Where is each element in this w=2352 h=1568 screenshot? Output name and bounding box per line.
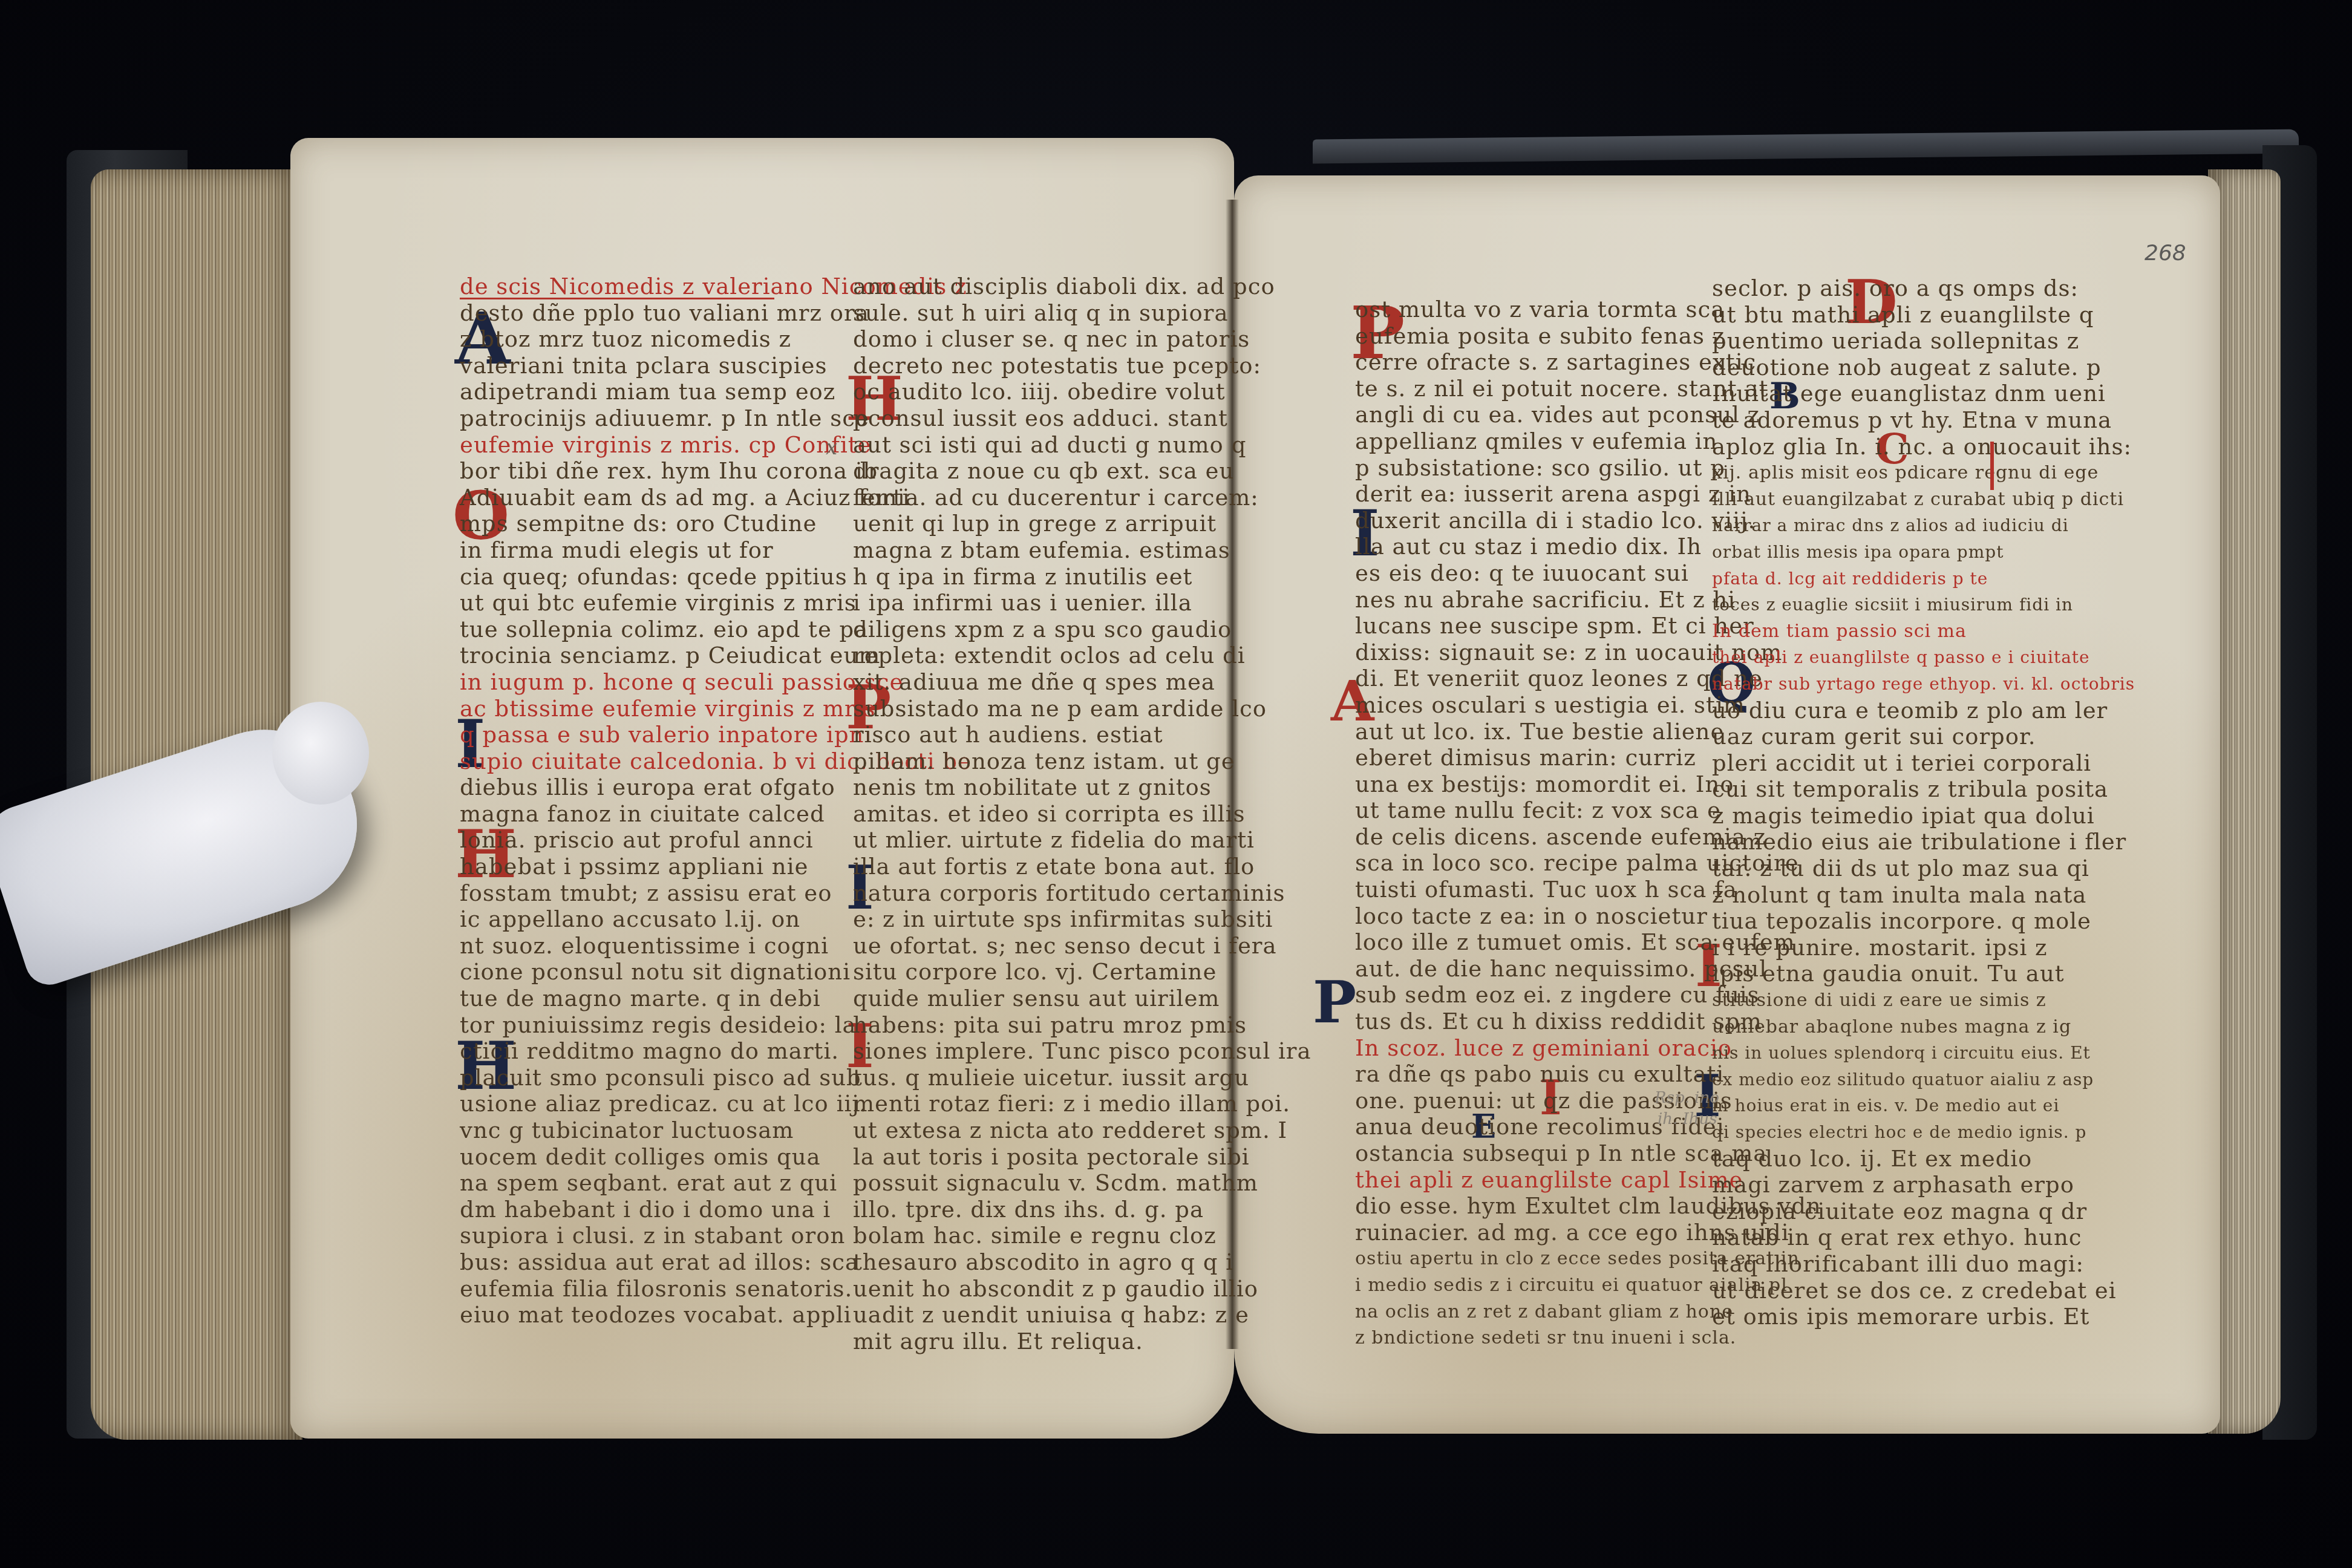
glove-fingertip (272, 702, 369, 805)
text-line: de scis Nicomedis z valeriano Nicomedis … (460, 273, 799, 300)
text-line: ut tame nullu fecit: z vox sca e (1355, 797, 1694, 824)
text-line: sub sedm eoz ei. z ingdere cu fuis (1355, 982, 1694, 1008)
text-line: stitusione di uidi z eare ue simis z (1712, 987, 2051, 1014)
text-line: i i re punire. mostarit. ipsi z (1712, 935, 2051, 961)
text-line: lonia. priscio aut proful annci (460, 827, 799, 854)
text-line: la aut toris i posita pectorale sibi (853, 1144, 1192, 1171)
text-line: dixiss: signauit se: z in uocauit nom (1355, 639, 1694, 666)
text-line: eufemie virginis z mris. cp Confite (460, 432, 799, 459)
text-line: derit ea: iusserit arena aspgi z in (1355, 481, 1694, 508)
text-line: thesauro abscodito in agro q q i (853, 1249, 1192, 1276)
text-line: patrocinijs adiuuemr. p In ntle sce (460, 405, 799, 432)
text-line: tiua tepozalis incorpore. q mole (1712, 908, 2051, 935)
text-line: eberet dimisus marin: curriz (1355, 745, 1694, 771)
text-line: siones implere. Tunc pisco pconsul ira (853, 1038, 1192, 1065)
text-line: menti rotaz fieri: z i medio illam poi. (853, 1091, 1192, 1117)
text-line: natab in q erat rex ethyo. hunc (1712, 1224, 2051, 1251)
text-line: loco ille z tumuet omis. Et sca eufem (1355, 929, 1694, 956)
text-line: desto dñe pplo tuo valiani mrz ora (460, 300, 799, 327)
text-line: aploz glia In. i. nc. a onuocauit ihs: (1712, 434, 2051, 460)
text-line: valeriani tnita pclara suscipies (460, 353, 799, 379)
text-line: pfata d. lcg ait reddideris p te (1712, 566, 2051, 592)
text-line: Inuitat ege euanglistaz dnm ueni (1712, 381, 2051, 407)
text-line: cione pconsul notu sit dignationi (460, 959, 799, 985)
text-line: na oclis an z ret z dabant gliam z hone (1355, 1299, 1694, 1325)
text-line: diebus illis i europa erat ofgato (460, 774, 799, 801)
text-line: ut diceret se dos ce. z credebat ei (1712, 1278, 2051, 1304)
text-line: In scoz. luce z geminiani oracio (1355, 1035, 1694, 1062)
text-column-2: ano aut disciplis diaboli dix. ad pco su… (853, 273, 1192, 1354)
text-line: uo diu cura e teomib z plo am ler (1712, 697, 2051, 724)
text-line: adipetrandi miam tua semp eoz (460, 379, 799, 405)
text-line: ruinacier. ad mg. a cce ego ihns uidi (1355, 1220, 1694, 1246)
text-line: supiora i clusi. z in stabant oron (460, 1223, 799, 1249)
text-line: cerre ofracte s. z sartagines extic (1355, 349, 1694, 376)
text-line: h q ipa in firma z inutilis eet (853, 564, 1192, 590)
text-line: bus: assidua aut erat ad illos: sca (460, 1249, 799, 1276)
text-line: ano aut disciplis diaboli dix. ad pco (853, 273, 1192, 300)
text-line: namedio eius aie tribulatione i fler (1712, 829, 2051, 855)
text-line: deuotione nob augeat z salute. p (1712, 354, 2051, 381)
text-line: eziopia ciuitate eoz magna q dr (1712, 1198, 2051, 1225)
text-line: i medio sedis z i circuitu ei quatuor ai… (1355, 1272, 1694, 1299)
text-line: seclor. p ais. oro a qs omps ds: (1712, 275, 2051, 302)
margin-note: ih. Ihus (1658, 1110, 1717, 1128)
rubric-underline (460, 298, 774, 299)
text-line: i ipa infirmi uas i uenier. illa (853, 590, 1192, 616)
text-line: tor puniuissimz regis desideio: la (460, 1012, 799, 1039)
text-line: lla aut cu staz i medio dix. Ih (1355, 534, 1694, 560)
text-column-1: de scis Nicomedis z valeriano Nicomedis … (460, 273, 799, 1328)
text-line: te adoremus p vt hy. Etna v muna (1712, 407, 2051, 434)
text-line: Adiuuabit eam ds ad mg. a Aciuz forti (460, 485, 799, 511)
text-line: habebat i pssimz appliani nie (460, 854, 799, 880)
text-line: supio ciuitate calcedonia. b vi dic. boc… (460, 748, 799, 775)
margin-note: Rsp. ino (1655, 1089, 1719, 1107)
text-line: narrar a mirac dns z alios ad iudiciu di (1712, 512, 2051, 539)
text-line: ic appellano accusato l.ij. on (460, 906, 799, 933)
text-line: uenit qi lup in grege z arripuit (853, 511, 1192, 537)
text-line: mps sempitne ds: oro Ctudine (460, 511, 799, 537)
text-line: pleri accidit ut i teriei corporali (1712, 750, 2051, 777)
text-line: thei apli z euanglilste capl Isime (1355, 1167, 1694, 1194)
text-line: tuisti ofumasti. Tuc uox h sca fa (1355, 877, 1694, 903)
text-line: in firma mudi elegis ut for (460, 537, 799, 564)
text-line: toces z euaglie sicsiit i miusirum fidi … (1712, 592, 2051, 618)
text-line: in iugum p. hcone q seculi passio sce (460, 669, 799, 696)
text-line: ut mlier. uirtute z fidelia do marti (853, 827, 1192, 854)
text-line: angli di cu ea. vides aut pconsul z (1355, 402, 1694, 428)
text-line: usione aliaz predicaz. cu at lco iij. (460, 1091, 799, 1117)
text-line: sule. sut h uiri aliq q in supiora (853, 300, 1192, 327)
text-line: ut extesa z nicta ato redderet spm. I (853, 1117, 1192, 1144)
text-line: eufemia filia filosronis senatoris. (460, 1276, 799, 1302)
text-line: possuit signaculu v. Scdm. mathm (853, 1170, 1192, 1197)
text-line: ac btissime eufemie virginis z mris (460, 696, 799, 722)
text-line: natabr sub yrtago rege ethyop. vi. kl. o… (1712, 671, 2051, 697)
text-line: uocem dedit colliges omis qua (460, 1144, 799, 1171)
text-line: xij. aplis misit eos pdicare regnu di eg… (1712, 460, 2051, 486)
text-line: nes nu abrahe sacrificiu. Et z hi (1355, 587, 1694, 613)
text-line: domo i cluser se. q nec in patoris (853, 326, 1192, 353)
text-line: nis in uolues splendorq i circuitu eius.… (1712, 1040, 2051, 1067)
text-line: z nolunt q tam inulta mala nata (1712, 882, 2051, 909)
text-line: decreto nec potestatis tue pcepto: (853, 353, 1192, 379)
text-line: puentimo ueriada sollepnitas z (1712, 328, 2051, 354)
text-line: aut. de die hanc nequissimo. pcsul (1355, 956, 1694, 982)
text-line: cui sit temporalis z tribula posita (1712, 776, 2051, 803)
folio-number: 268 (2145, 241, 2186, 266)
text-line: q passa e sub valerio inpatore ipni (460, 722, 799, 748)
text-line: trocinia senciamz. p Ceiudicat eum (460, 642, 799, 669)
text-line: illa aut fortis z etate bona aut. flo (853, 854, 1192, 880)
text-line: nt suoz. eloquentissime i cogni (460, 933, 799, 959)
text-line: aut ut lco. ix. Tue bestie aliene (1355, 719, 1694, 745)
text-line: dragita z noue cu qb ext. sca eu (853, 458, 1192, 485)
text-line: ostiu apertu in clo z ecce sedes posita … (1355, 1246, 1694, 1272)
text-line: mit agru illu. Et reliqua. (853, 1328, 1192, 1355)
text-line: appellianz qmiles v eufemia in (1355, 428, 1694, 455)
text-column-3: ost multa vo z varia tormta sca eufemia … (1355, 296, 1694, 1351)
text-line: tue de magno marte. q in debi (460, 985, 799, 1012)
text-line: vnc g tubicinator luctuosam (460, 1117, 799, 1144)
text-line: es eis deo: q te iuuocant sui (1355, 560, 1694, 587)
text-line: ost multa vo z varia tormta sca (1355, 296, 1694, 323)
text-line: pconsul iussit eos adduci. stant (853, 405, 1192, 432)
text-line: tar. z tu dii ds ut plo maz sua qi (1712, 855, 2051, 882)
text-line: p subsistatione: sco gsilio. ut p (1355, 455, 1694, 482)
text-line: orbat illis mesis ipa opara pmpt (1712, 539, 2051, 566)
text-line: subsistado ma ne p eam ardide lco (853, 696, 1192, 722)
text-line: oc audito lco. iiij. obedire volut (853, 379, 1192, 405)
text-line: duxerit ancilla di i stadio lco. viij. (1355, 508, 1694, 534)
text-line: habens: pita sui patru mroz pmis (853, 1012, 1192, 1039)
text-line: repleta: extendit oclos ad celu di (853, 642, 1192, 669)
text-line: z btoz mrz tuoz nicomedis z (460, 326, 799, 353)
text-line: z magis teimedio ipiat qua dolui (1712, 803, 2051, 829)
text-column-4: seclor. p ais. oro a qs omps ds: ut btu … (1712, 275, 2051, 1330)
text-line: lucans nee suscipe spm. Et ci her (1355, 613, 1694, 639)
text-line: una ex bestijs: momordit ei. Ino (1355, 771, 1694, 798)
text-line: magi zarvem z arphasath erpo (1712, 1172, 2051, 1198)
initial-letter: P (1313, 968, 1356, 1036)
text-line: femia. ad cu ducerentur i carcem: (853, 485, 1192, 511)
text-line: itaq lhorificabant illi duo magi: (1712, 1251, 2051, 1278)
text-line: e: z in uirtute sps infirmitas subsiti (853, 906, 1192, 933)
text-line: bolam hac. simile e regnu cloz (853, 1223, 1192, 1249)
text-line: illo. tpre. dix dns ihs. d. g. pa (853, 1197, 1192, 1223)
text-line: z bndictione sedeti sr tnu inueni i scla… (1355, 1325, 1694, 1351)
text-line: amitas. et ideo si corripta es illis (853, 801, 1192, 828)
text-line: dm habebant i dio i domo una i (460, 1197, 799, 1223)
text-line: pillam. honoza tenz istam. ut ge (853, 748, 1192, 775)
text-line: cia queq; ofundas: qcede ppitius (460, 564, 799, 590)
text-line: loco tacte z ea: in o noscietur (1355, 903, 1694, 930)
text-line: sca in loco sco. recipe palma uictoire (1355, 850, 1694, 877)
text-line: ut btu mathi apli z euanglilste q (1712, 302, 2051, 328)
text-line: uenit ho abscondit z p gaudio illio (853, 1276, 1192, 1302)
text-line: one. puenui: ut qz die passionis (1355, 1088, 1694, 1114)
text-line: quide mulier sensu aut uirilem (853, 985, 1192, 1012)
text-line: ex medio eoz silitudo quatuor aialiu z a… (1712, 1067, 2051, 1093)
text-line: anua deuotione recolimus fidei (1355, 1114, 1694, 1140)
text-line: na spem seqbant. erat aut z qui (460, 1170, 799, 1197)
text-line: magna z btam eufemia. estimas (853, 537, 1192, 564)
rubric-underline (1990, 442, 1994, 490)
text-line: diligens xpm z a spu sco gaudio (853, 616, 1192, 643)
text-line: mices osculari s uestigia ei. stim (1355, 692, 1694, 719)
text-line: fosstam tmubt; z assisu erat eo (460, 880, 799, 907)
text-line: aut sci isti qui ad ducti g numo q (853, 432, 1192, 459)
text-line: te s. z nil ei potuit nocere. stant at (1355, 376, 1694, 402)
text-line: bor tibi dñe rex. hym Ihu corona ib (460, 458, 799, 485)
text-line: nenis tm nobilitate ut z gnitos (853, 774, 1192, 801)
text-line: illi aut euangilzabat z curabat ubiq p d… (1712, 486, 2051, 513)
text-line: ut qui btc eufemie virginis z mris (460, 590, 799, 616)
margin-mark: x (826, 436, 837, 460)
text-line: eufemia posita e subito fenas z (1355, 323, 1694, 350)
text-line: ipis etna gaudia onuit. Tu aut (1712, 961, 2051, 987)
text-line: qi species electri hoc e de medio ignis.… (1712, 1119, 2051, 1146)
text-line: uadit z uendit uniuisa q habz: z e (853, 1302, 1192, 1328)
text-line: eiuo mat teodozes vocabat. appli (460, 1302, 799, 1328)
text-line: ostancia subsequi p In ntle sca ma (1355, 1140, 1694, 1167)
text-line: ra dñe qs pabo nuis cu exultati (1355, 1061, 1694, 1088)
text-line: thei apli z euanglilste q passo e i ciui… (1712, 644, 2051, 671)
text-line: placuit smo pconsuli pisco ad sub (460, 1065, 799, 1091)
text-line: tus ds. Et cu h dixiss reddidit spm (1355, 1008, 1694, 1035)
text-line: natura corporis fortitudo certaminis (853, 880, 1192, 907)
text-line: dio esse. hym Exultet clm laudibus vdn (1355, 1193, 1694, 1220)
text-line: ue ofortat. s; nec senso decut i fera (853, 933, 1192, 959)
text-line: xit. adiuua me dñe q spes mea (853, 669, 1192, 696)
text-line: situ corpore lco. vj. Certamine (853, 959, 1192, 985)
text-line: m hoius erat in eis. v. De medio aut ei (1712, 1093, 2051, 1119)
text-line: cticii redditmo magno do marti. (460, 1038, 799, 1065)
text-line: de celis dicens. ascende eufemia z (1355, 824, 1694, 851)
text-line: In dem tiam passio sci ma (1712, 618, 2051, 645)
text-line: magna fanoz in ciuitate calced (460, 801, 799, 828)
text-line: tue sollepnia colimz. eio apd te pa (460, 616, 799, 643)
text-line: tus. q mulieie uicetur. iussit argu (853, 1065, 1192, 1091)
text-line: et omis ipis memorare urbis. Et (1712, 1304, 2051, 1330)
text-line: di. Et veneriit quoz leones z qd ne (1355, 665, 1694, 692)
text-line: taq duo lco. ij. Et ex medio (1712, 1146, 2051, 1172)
text-line: ueniebar abaqlone nubes magna z ig (1712, 1014, 2051, 1040)
text-line: uaz curam gerit sui corpor. (1712, 724, 2051, 750)
text-line: risco aut h audiens. estiat (853, 722, 1192, 748)
